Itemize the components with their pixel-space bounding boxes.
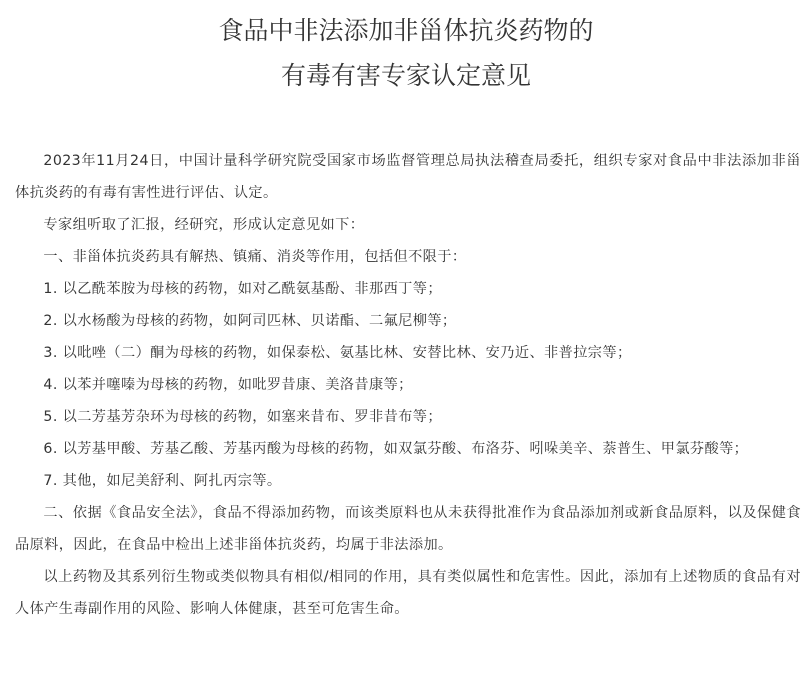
document-title: 食品中非法添加非甾体抗炎药物的 有毒有害专家认定意见 bbox=[0, 8, 812, 98]
list-item-5: 5. 以二芳基芳杂环为母核的药物，如塞来昔布、罗非昔布等； bbox=[15, 401, 801, 433]
list-item-3: 3. 以吡唑（二）酮为母核的药物，如保泰松、氨基比林、安替比林、安乃近、非普拉宗… bbox=[15, 337, 801, 369]
article: 食品中非法添加非甾体抗炎药物的 有毒有害专家认定意见 2023年11月24日，中… bbox=[0, 0, 812, 681]
paragraph-section-1: 一、非甾体抗炎药具有解热、镇痛、消炎等作用，包括但不限于： bbox=[15, 241, 801, 273]
title-line-2: 有毒有害专家认定意见 bbox=[281, 61, 531, 90]
document-body: 2023年11月24日，中国计量科学研究院受国家市场监督管理总局执法稽查局委托，… bbox=[15, 145, 801, 625]
paragraph-conclusion: 以上药物及其系列衍生物或类似物具有相似/相同的作用，具有类似属性和危害性。因此，… bbox=[15, 561, 801, 625]
list-item-2: 2. 以水杨酸为母核的药物，如阿司匹林、贝诺酯、二氟尼柳等； bbox=[15, 305, 801, 337]
list-item-1: 1. 以乙酰苯胺为母核的药物，如对乙酰氨基酚、非那西丁等； bbox=[15, 273, 801, 305]
list-item-4: 4. 以苯并噻嗪为母核的药物，如吡罗昔康、美洛昔康等； bbox=[15, 369, 801, 401]
paragraph-intro: 2023年11月24日，中国计量科学研究院受国家市场监督管理总局执法稽查局委托，… bbox=[15, 145, 801, 209]
paragraph-section-2: 二、依据《食品安全法》，食品不得添加药物，而该类原料也从未获得批准作为食品添加剂… bbox=[15, 497, 801, 561]
title-line-1: 食品中非法添加非甾体抗炎药物的 bbox=[218, 16, 593, 45]
paragraph-summary: 专家组听取了汇报，经研究，形成认定意见如下： bbox=[15, 209, 801, 241]
list-item-6: 6. 以芳基甲酸、芳基乙酸、芳基丙酸为母核的药物，如双氯芬酸、布洛芬、吲哚美辛、… bbox=[15, 433, 801, 465]
list-item-7: 7. 其他，如尼美舒利、阿扎丙宗等。 bbox=[15, 465, 801, 497]
